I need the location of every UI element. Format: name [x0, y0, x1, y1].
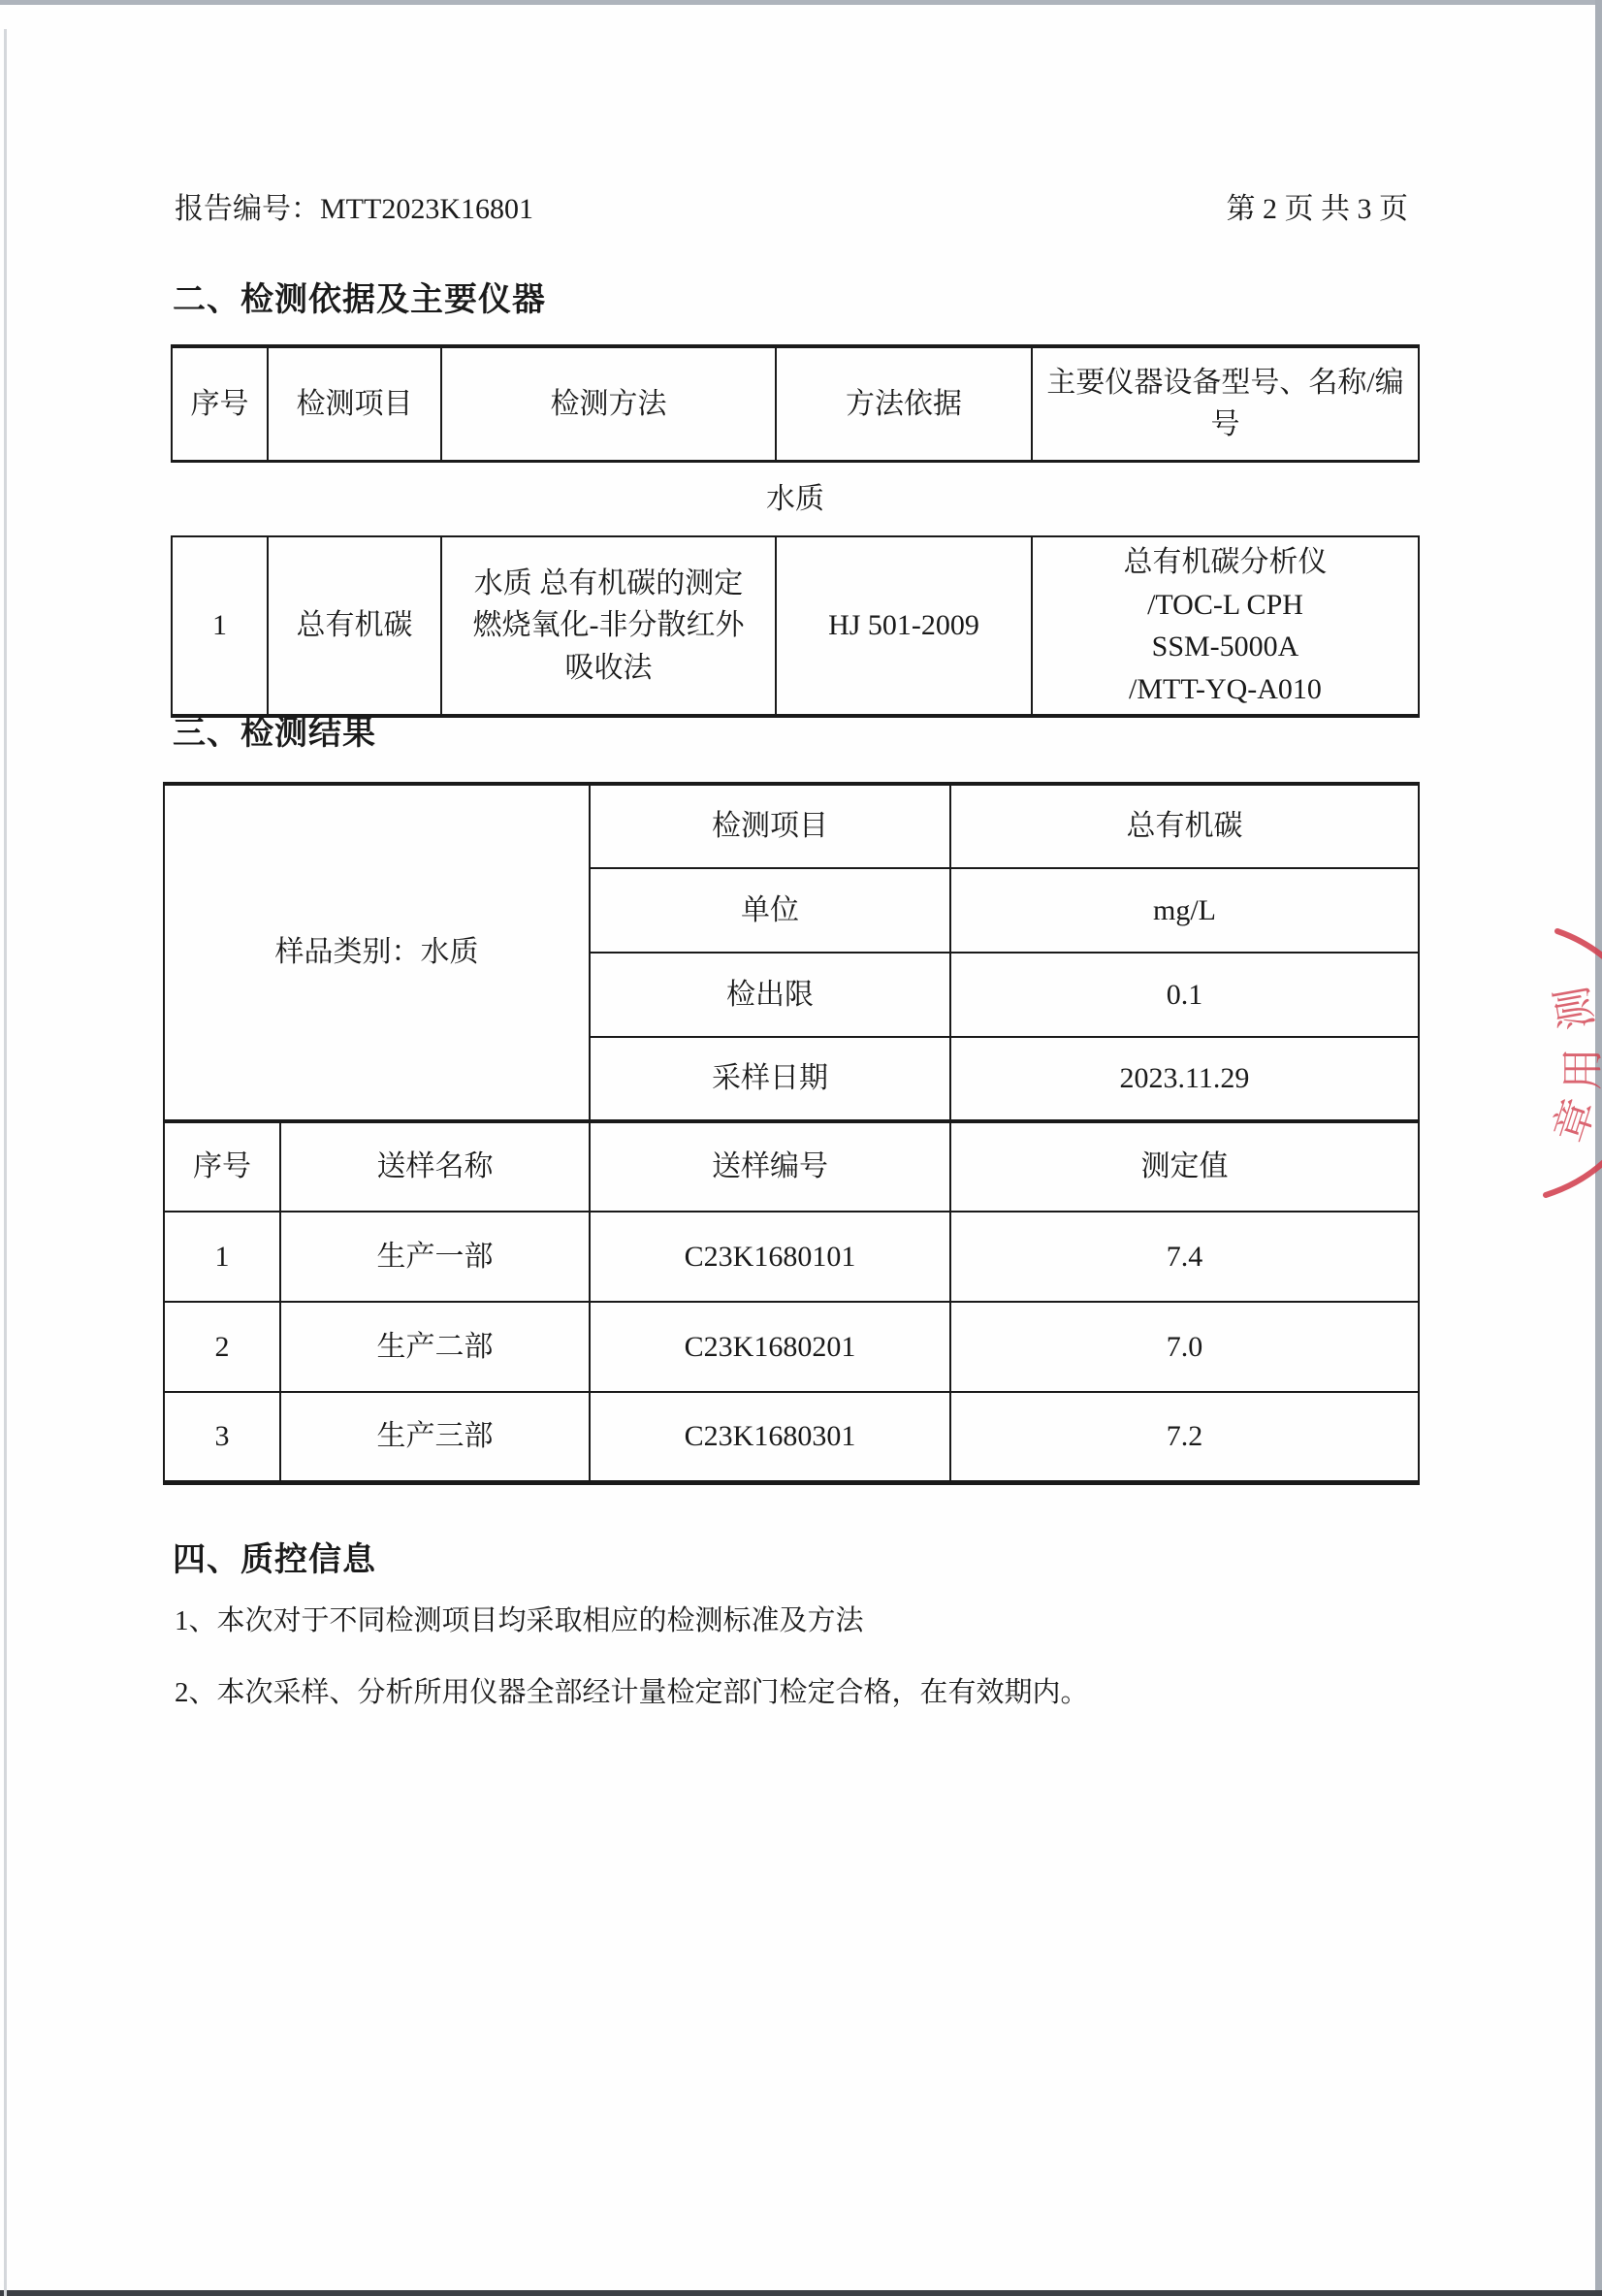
document-page: 报告编号：MTT2023K16801 第 2 页 共 3 页 二、检测依据及主要…	[0, 0, 1602, 2296]
stamp-char: 用	[1548, 1048, 1602, 1090]
page-header: 报告编号：MTT2023K16801 第 2 页 共 3 页	[175, 190, 1408, 228]
cell-basis: HJ 501-2009	[776, 536, 1032, 716]
col-header-instrument: 主要仪器设备型号、名称/编号	[1032, 346, 1419, 461]
result-row: 1 生产一部 C23K1680101 7.4	[164, 1212, 1419, 1302]
col-header-method: 检测方法	[441, 346, 776, 461]
result-row: 2 生产二部 C23K1680201 7.0	[164, 1302, 1419, 1392]
results-col-header-value: 测定值	[950, 1121, 1419, 1212]
result-name: 生产三部	[280, 1392, 590, 1482]
result-code: C23K1680201	[590, 1302, 950, 1392]
results-col-header-name: 送样名称	[280, 1121, 590, 1212]
red-stamp: 测 用 章	[1493, 902, 1602, 1232]
results-col-header-no: 序号	[164, 1121, 280, 1212]
category-cell: 水质	[172, 461, 1419, 536]
col-header-no: 序号	[172, 346, 268, 461]
instruments-header-row: 序号 检测项目 检测方法 方法依据 主要仪器设备型号、名称/编号	[172, 346, 1419, 461]
attr-label-cell: 单位	[590, 868, 950, 953]
instrument-data-row: 1 总有机碳 水质 总有机碳的测定 燃烧氧化-非分散红外 吸收法 HJ 501-…	[172, 536, 1419, 716]
qc-item: 1、本次对于不同检测项目均采取相应的检测标准及方法	[175, 1601, 864, 1641]
attr-label-cell: 检测项目	[590, 784, 950, 868]
scan-edge-left	[4, 29, 7, 2296]
cell-method: 水质 总有机碳的测定 燃烧氧化-非分散红外 吸收法	[441, 536, 776, 716]
results-table: 样品类别：水质 检测项目 总有机碳 单位 mg/L 检出限 0.1 采样日期 2…	[163, 782, 1420, 1485]
cell-item: 总有机碳	[268, 536, 441, 716]
qc-item: 2、本次采样、分析所用仪器全部经计量检定部门检定合格，在有效期内。	[175, 1673, 1089, 1713]
section-heading-qc: 四、质控信息	[173, 1533, 376, 1580]
attr-label-cell: 采样日期	[590, 1037, 950, 1121]
results-header-row: 序号 送样名称 送样编号 测定值	[164, 1121, 1419, 1212]
result-no: 2	[164, 1302, 280, 1392]
col-header-item: 检测项目	[268, 346, 441, 461]
result-no: 1	[164, 1212, 280, 1302]
section-heading-results: 三、检测结果	[173, 706, 376, 754]
sample-attr-row: 样品类别：水质 检测项目 总有机碳	[164, 784, 1419, 868]
scan-edge-bottom	[0, 2290, 1602, 2296]
scan-edge-top	[0, 0, 1602, 5]
result-name: 生产一部	[280, 1212, 590, 1302]
result-code: C23K1680301	[590, 1392, 950, 1482]
report-number: 报告编号：MTT2023K16801	[175, 190, 533, 228]
attr-value-cell: 2023.11.29	[950, 1037, 1419, 1121]
result-no: 3	[164, 1392, 280, 1482]
category-row: 水质	[172, 461, 1419, 536]
result-code: C23K1680101	[590, 1212, 950, 1302]
sample-category-cell: 样品类别：水质	[164, 784, 590, 1121]
result-value: 7.4	[950, 1212, 1419, 1302]
page-indicator: 第 2 页 共 3 页	[1227, 190, 1409, 228]
cell-no: 1	[172, 536, 268, 716]
result-value: 7.0	[950, 1302, 1419, 1392]
result-value: 7.2	[950, 1392, 1419, 1482]
results-col-header-code: 送样编号	[590, 1121, 950, 1212]
instruments-table: 序号 检测项目 检测方法 方法依据 主要仪器设备型号、名称/编号 水质 1 总有…	[171, 344, 1420, 718]
attr-value-cell: 总有机碳	[950, 784, 1419, 868]
result-row: 3 生产三部 C23K1680301 7.2	[164, 1392, 1419, 1482]
attr-value-cell: 0.1	[950, 953, 1419, 1037]
section-heading-instruments: 二、检测依据及主要仪器	[173, 273, 546, 320]
attr-label-cell: 检出限	[590, 953, 950, 1037]
attr-value-cell: mg/L	[950, 868, 1419, 953]
col-header-basis: 方法依据	[776, 346, 1032, 461]
cell-instrument: 总有机碳分析仪 /TOC-L CPH SSM-5000A /MTT-YQ-A01…	[1032, 536, 1419, 716]
result-name: 生产二部	[280, 1302, 590, 1392]
